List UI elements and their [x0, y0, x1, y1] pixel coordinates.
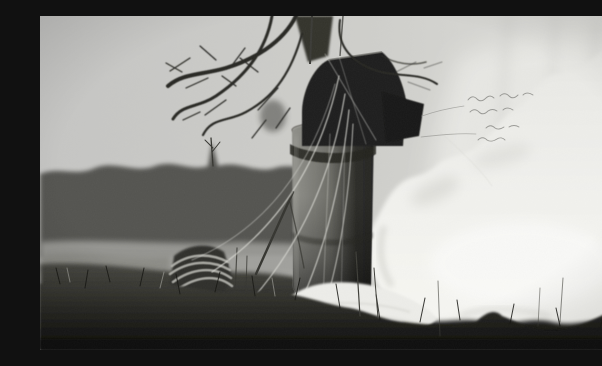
photograph — [40, 16, 602, 350]
vignette — [40, 16, 602, 350]
